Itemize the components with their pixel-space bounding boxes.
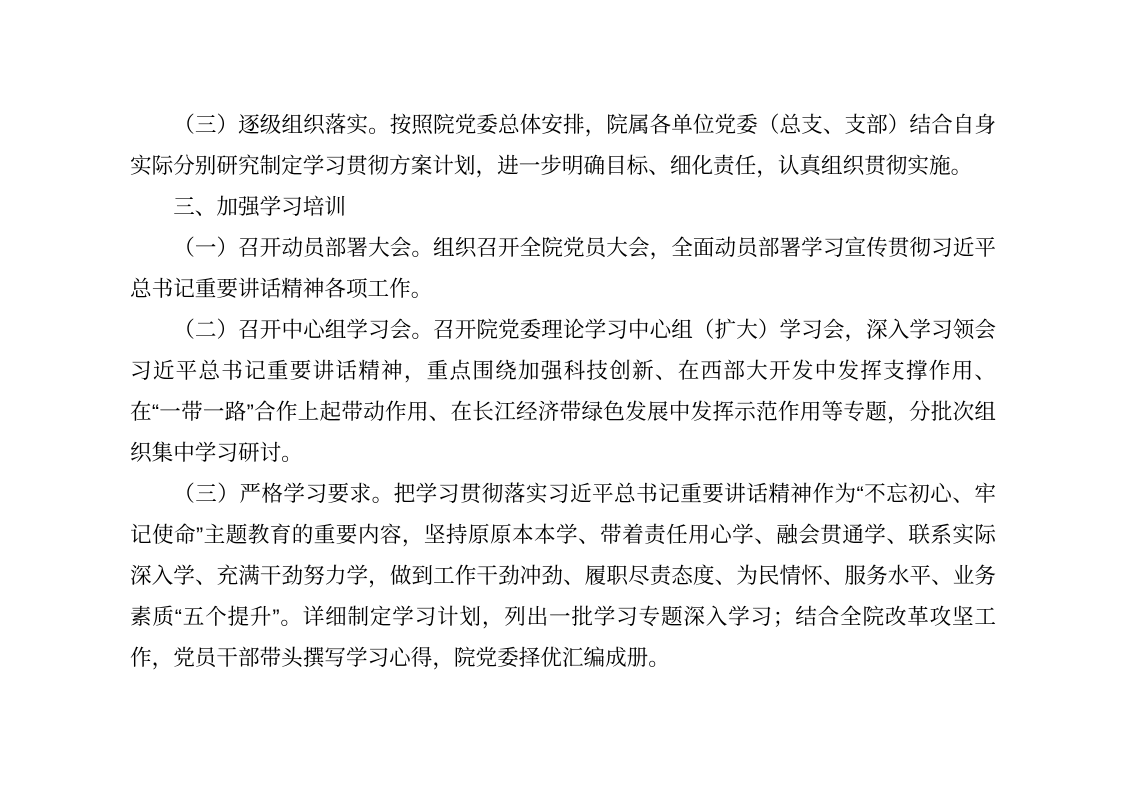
paragraph-mobilization-meeting: （一）召开动员部署大会。组织召开全院党员大会，全面动员部署学习宣传贯彻习近平总书… <box>130 227 996 309</box>
document-content: （三）逐级组织落实。按照院党委总体安排，院属各单位党委（总支、支部）结合自身实际… <box>130 104 996 678</box>
paragraph-central-group-study: （二）召开中心组学习会。召开院党委理论学习中心组（扩大）学习会，深入学习领会习近… <box>130 309 996 473</box>
document-page: （三）逐级组织落实。按照院党委总体安排，院属各单位党委（总支、支部）结合自身实际… <box>0 0 1122 793</box>
paragraph-strict-study-requirements: （三）严格学习要求。把学习贯彻落实习近平总书记重要讲话精神作为“不忘初心、牢记使… <box>130 473 996 678</box>
paragraph-organize-implementation: （三）逐级组织落实。按照院党委总体安排，院属各单位党委（总支、支部）结合自身实际… <box>130 104 996 186</box>
section-heading-strengthen-training: 三、加强学习培训 <box>130 186 996 227</box>
